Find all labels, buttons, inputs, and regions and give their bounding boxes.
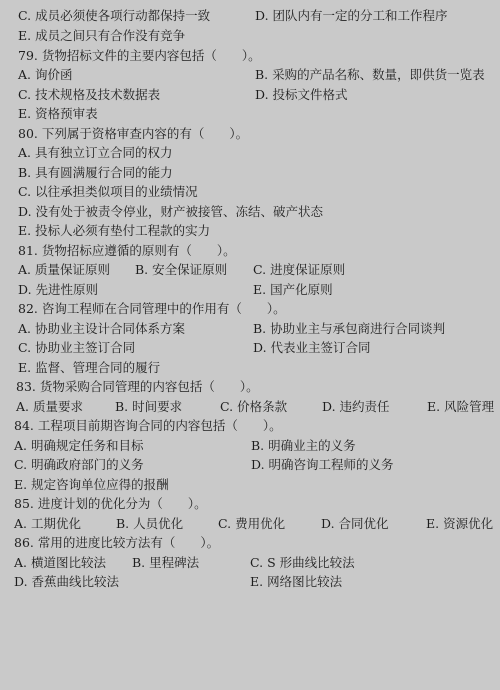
answer-option: A. 询价函	[18, 65, 72, 85]
answer-option: A. 工期优化	[14, 514, 81, 534]
text-line: A. 质量保证原则B. 安全保证原则C. 进度保证原则	[0, 260, 500, 280]
answer-option: B. 安全保证原则	[135, 260, 227, 280]
answer-option: A. 质量保证原则	[18, 260, 110, 280]
answer-option: B. 时间要求	[115, 397, 182, 417]
text-line: D. 香蕉曲线比较法E. 网络图比较法	[0, 572, 500, 592]
text-line: A. 协助业主设计合同体系方案B. 协助业主与承包商进行合同谈判	[0, 319, 500, 339]
question-stem: 86. 常用的进度比较方法有（ ）。	[14, 533, 219, 553]
answer-option: D. 没有处于被责令停业，财产被接管、冻结、破产状态	[18, 202, 323, 222]
question-stem: 82. 咨询工程师在合同管理中的作用有（ ）。	[18, 299, 286, 319]
question-stem: 80. 下列属于资格审查内容的有（ ）。	[18, 124, 248, 144]
answer-option: E. 风险管理	[427, 397, 494, 417]
text-line: 83. 货物采购合同管理的内容包括（ ）。	[0, 377, 500, 397]
answer-option: D. 违约责任	[322, 397, 390, 417]
text-line: E. 监督、管理合同的履行	[0, 358, 500, 378]
text-line: C. 协助业主签订合同D. 代表业主签订合同	[0, 338, 500, 358]
text-line: D. 没有处于被责令停业，财产被接管、冻结、破产状态	[0, 202, 500, 222]
answer-option: B. 采购的产品名称、数量，即供货一览表	[255, 65, 485, 85]
text-line: 84. 工程项目前期咨询合同的内容包括（ ）。	[0, 416, 500, 436]
answer-option: C. 进度保证原则	[253, 260, 345, 280]
text-line: C. 技术规格及技术数据表D. 投标文件格式	[0, 85, 500, 105]
text-line: E. 规定咨询单位应得的报酬	[0, 475, 500, 495]
question-stem: 85. 进度计划的优化分为（ ）。	[14, 494, 207, 514]
text-line: A. 横道图比较法B. 里程碑法C. S 形曲线比较法	[0, 553, 500, 573]
answer-option: B. 具有圆满履行合同的能力	[18, 163, 173, 183]
exam-page: C. 成员必须使各项行动都保持一致D. 团队内有一定的分工和工作程序E. 成员之…	[0, 0, 500, 690]
text-line: 82. 咨询工程师在合同管理中的作用有（ ）。	[0, 299, 500, 319]
text-line: A. 质量要求B. 时间要求C. 价格条款D. 违约责任E. 风险管理	[0, 397, 500, 417]
answer-option: C. 费用优化	[218, 514, 285, 534]
answer-option: B. 人员优化	[116, 514, 183, 534]
text-line: C. 明确政府部门的义务D. 明确咨询工程师的义务	[0, 455, 500, 475]
text-line: C. 成员必须使各项行动都保持一致D. 团队内有一定的分工和工作程序	[0, 6, 500, 26]
answer-option: C. 以往承担类似项目的业绩情况	[18, 182, 198, 202]
text-line: 80. 下列属于资格审查内容的有（ ）。	[0, 124, 500, 144]
answer-option: E. 监督、管理合同的履行	[18, 358, 160, 378]
answer-option: E. 规定咨询单位应得的报酬	[14, 475, 169, 495]
question-stem: 84. 工程项目前期咨询合同的内容包括（ ）。	[14, 416, 282, 436]
answer-option: C. 成员必须使各项行动都保持一致	[18, 6, 210, 26]
answer-option: D. 明确咨询工程师的义务	[251, 455, 394, 475]
question-stem: 79. 货物招标文件的主要内容包括（ ）。	[18, 46, 261, 66]
text-line: E. 成员之间只有合作没有竞争	[0, 26, 500, 46]
answer-option: E. 资格预审表	[18, 104, 98, 124]
answer-option: A. 质量要求	[16, 397, 83, 417]
answer-option: D. 团队内有一定的分工和工作程序	[255, 6, 448, 26]
answer-option: B. 里程碑法	[132, 553, 199, 573]
text-line: 86. 常用的进度比较方法有（ ）。	[0, 533, 500, 553]
answer-option: C. 明确政府部门的义务	[14, 455, 144, 475]
text-line: A. 明确规定任务和目标B. 明确业主的义务	[0, 436, 500, 456]
answer-option: B. 协助业主与承包商进行合同谈判	[253, 319, 445, 339]
answer-option: D. 代表业主签订合同	[253, 338, 371, 358]
text-line: A. 具有独立订立合同的权力	[0, 143, 500, 163]
text-line: B. 具有圆满履行合同的能力	[0, 163, 500, 183]
answer-option: A. 横道图比较法	[14, 553, 106, 573]
answer-option: E. 国产化原则	[253, 280, 333, 300]
answer-option: D. 合同优化	[321, 514, 389, 534]
answer-option: A. 协助业主设计合同体系方案	[18, 319, 185, 339]
text-line: A. 询价函B. 采购的产品名称、数量，即供货一览表	[0, 65, 500, 85]
answer-option: E. 网络图比较法	[250, 572, 342, 592]
answer-option: D. 投标文件格式	[255, 85, 348, 105]
answer-option: B. 明确业主的义务	[251, 436, 356, 456]
answer-option: D. 先进性原则	[18, 280, 98, 300]
question-stem: 81. 货物招标应遵循的原则有（ ）。	[18, 241, 236, 261]
answer-option: E. 资源优化	[426, 514, 493, 534]
answer-option: E. 成员之间只有合作没有竞争	[18, 26, 185, 46]
text-line: C. 以往承担类似项目的业绩情况	[0, 182, 500, 202]
answer-option: E. 投标人必须有垫付工程款的实力	[18, 221, 210, 241]
question-stem: 83. 货物采购合同管理的内容包括（ ）。	[16, 377, 259, 397]
text-line: E. 投标人必须有垫付工程款的实力	[0, 221, 500, 241]
text-line: 79. 货物招标文件的主要内容包括（ ）。	[0, 46, 500, 66]
answer-option: A. 明确规定任务和目标	[14, 436, 143, 456]
text-line: A. 工期优化B. 人员优化C. 费用优化D. 合同优化E. 资源优化	[0, 514, 500, 534]
answer-option: D. 香蕉曲线比较法	[14, 572, 119, 592]
answer-option: C. 价格条款	[220, 397, 287, 417]
text-line: 81. 货物招标应遵循的原则有（ ）。	[0, 241, 500, 261]
text-line: D. 先进性原则E. 国产化原则	[0, 280, 500, 300]
answer-option: A. 具有独立订立合同的权力	[18, 143, 172, 163]
answer-option: C. 技术规格及技术数据表	[18, 85, 160, 105]
text-line: 85. 进度计划的优化分为（ ）。	[0, 494, 500, 514]
text-line: E. 资格预审表	[0, 104, 500, 124]
answer-option: C. 协助业主签订合同	[18, 338, 135, 358]
answer-option: C. S 形曲线比较法	[250, 553, 355, 573]
